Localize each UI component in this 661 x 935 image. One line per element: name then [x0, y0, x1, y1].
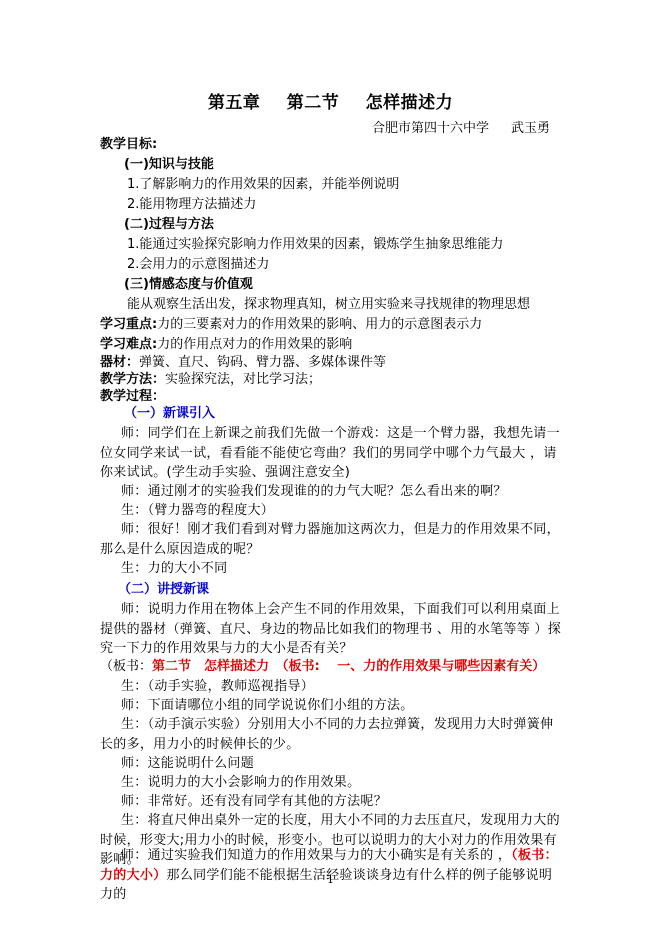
knowledge-heading: (一)知识与技能 [124, 157, 214, 173]
process-item-2: 2.会用力的示意图描述力 [127, 257, 269, 273]
paragraph-8: 师：下面请哪位小组的同学说说你们小组的方法。 [100, 696, 562, 716]
materials-label: 器材： [100, 355, 139, 370]
materials-text: 弹簧、直尺、钩码、臂力器、多媒体课件等 [139, 355, 386, 370]
section-teaching-heading: （二）讲授新课 [118, 582, 209, 598]
paragraph-3: 生：（臂力器弯的程度大） [100, 501, 562, 521]
board-note: （板书：第二节 怎样描述力 （板书: 一、力的作用效果与哪些因素有关） [100, 659, 545, 675]
board-text: 第二节 怎样描述力 （板书: 一、力的作用效果与哪些因素有关） [152, 659, 545, 674]
materials: 器材：弹簧、直尺、钩码、臂力器、多媒体课件等 [100, 355, 386, 371]
method-text: 实验探究法，对比学习法； [165, 372, 321, 387]
section-intro-heading: （一）新课引入 [124, 406, 215, 422]
paragraph-2: 师：通过刚才的实验我们发现谁的的力气大呢？怎么看出来的啊？ [100, 482, 562, 502]
paragraph-9: 生：（动手演示实验）分别用大小不同的力去拉弹簧，发现用力大时弹簧伸长的多，用力小… [100, 715, 562, 754]
paragraph-5: 生：力的大小不同 [100, 559, 562, 579]
author-school: 合肥市第四十六中学 [372, 121, 489, 136]
knowledge-item-2: 2.能用物理方法描述力 [127, 197, 256, 213]
difficulty-label: 学习难点: [100, 337, 157, 352]
page-title: 第五章 第二节 怎样描述力 [0, 88, 661, 113]
emotion-heading: (三)情感态度与价值观 [124, 277, 253, 293]
paragraph-14-a: 师：通过实验我们知道力的作用效果与力的大小确实是有关系的 ， [121, 848, 511, 863]
key-point: 学习重点:力的三要素对力的作用效果的影响、用力的示意图表示力 [100, 317, 482, 333]
author-line: 合肥市第四十六中学武玉勇 [372, 117, 550, 136]
title-topic: 怎样描述力 [366, 93, 454, 113]
paragraph-1: 师：同学们在上新课之前我们先做一个游戏：这是一个臂力器，我想先请一位女同学来试一… [100, 424, 562, 483]
difficulty: 学习难点:力的作用点对力的作用效果的影响 [100, 337, 352, 353]
paragraph-10: 师：这能说明什么问题 [100, 754, 562, 774]
key-point-text: 力的三要素对力的作用效果的影响、用力的示意图表示力 [157, 317, 482, 332]
process-heading: (二)过程与方法 [124, 217, 214, 233]
objectives-heading: 教学目标: [100, 137, 157, 153]
difficulty-text: 力的作用点对力的作用效果的影响 [157, 337, 352, 352]
emotion-text: 能从观察生活出发，探求物理真知，树立用实验来寻找规律的物理思想 [127, 297, 530, 313]
author-name: 武玉勇 [511, 121, 550, 136]
paragraph-7: 生：（动手实验，教师巡视指导） [100, 677, 562, 697]
paragraph-11: 生：说明力的大小会影响力的作用效果。 [100, 773, 562, 793]
paragraph-4: 师：很好！刚才我们看到对臂力器施加这两次力，但是力的作用效果不同，那么是什么原因… [100, 520, 562, 559]
page-number: 1 [0, 873, 661, 886]
document-page: 第五章 第二节 怎样描述力 合肥市第四十六中学武玉勇 教学目标: (一)知识与技… [0, 0, 661, 935]
method: 教学方法：实验探究法，对比学习法； [100, 372, 321, 388]
process-item-1: 1.能通过实验探究影响力作用效果的因素，锻炼学生抽象思维能力 [127, 237, 503, 253]
paragraph-12: 师：非常好。还有没有同学有其他的方法呢？ [100, 792, 562, 812]
key-point-label: 学习重点: [100, 317, 157, 332]
title-chapter: 第五章 [208, 93, 261, 113]
paragraph-6: 师：说明力作用在物体上会产生不同的作用效果，下面我们可以利用桌面上提供的器材（弹… [100, 600, 562, 659]
process-label: 教学过程： [100, 389, 165, 405]
knowledge-item-1: 1.了解影响力的作用效果的因素，并能举例说明 [127, 177, 399, 193]
method-label: 教学方法： [100, 372, 165, 387]
title-section: 第二节 [287, 93, 340, 113]
board-prefix: （板书： [100, 659, 152, 674]
